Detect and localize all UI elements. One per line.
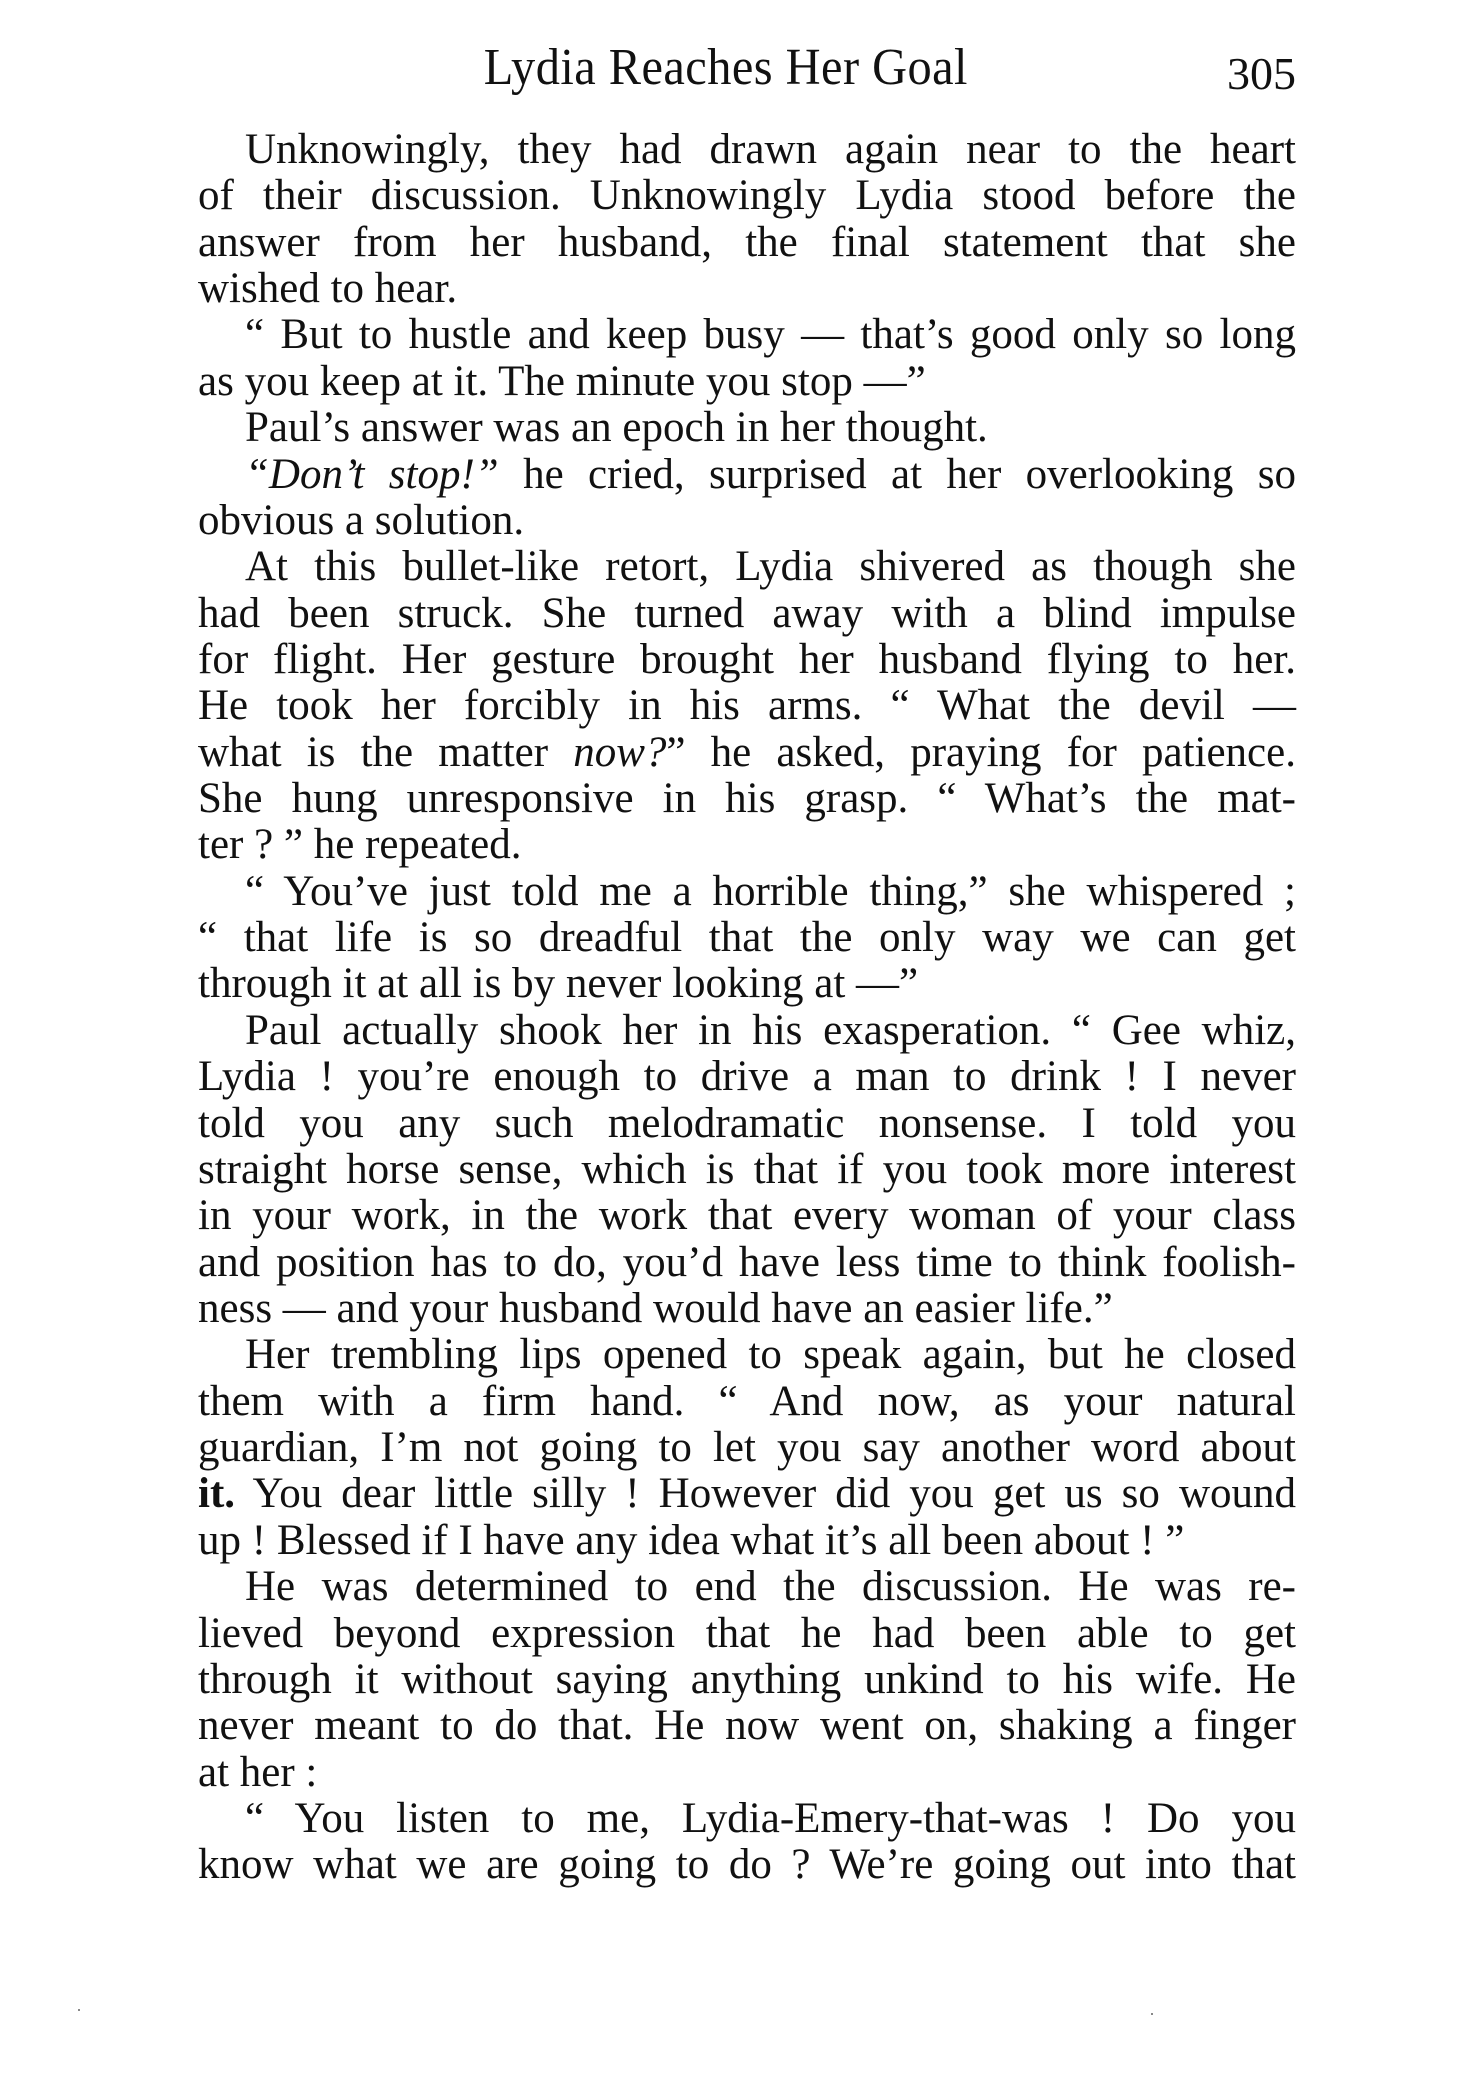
text-segment: “ You’ve just told me a horrible thing,”… bbox=[245, 868, 1296, 915]
text-line: He was determined to end the discussion.… bbox=[198, 1564, 1296, 1610]
text-segment: he cried, surprised at her overlooking s… bbox=[499, 451, 1296, 498]
scan-speck bbox=[1151, 2013, 1153, 2015]
text-segment: straight horse sense, which is that if y… bbox=[198, 1146, 1296, 1193]
scan-speck bbox=[78, 2009, 80, 2011]
text-line: straight horse sense, which is that if y… bbox=[198, 1147, 1296, 1193]
text-line: Her trembling lips opened to speak again… bbox=[198, 1332, 1296, 1378]
text-line: up ! Blessed if I have any idea what it’… bbox=[198, 1518, 1296, 1564]
text-line: obvious a solution. bbox=[198, 498, 1296, 544]
text-segment: ” he asked, praying for patience. bbox=[666, 729, 1296, 776]
text-segment: at her : bbox=[198, 1749, 317, 1796]
text-segment: told you any such melodramatic nonsense.… bbox=[198, 1100, 1296, 1147]
text-line: Paul actually shook her in his exasperat… bbox=[198, 1008, 1296, 1054]
running-title: Lydia Reaches Her Goal bbox=[458, 36, 994, 100]
text-segment: as you keep at it. The minute you stop —… bbox=[198, 358, 926, 405]
text-line: in your work, in the work that every wom… bbox=[198, 1193, 1296, 1239]
text-line: as you keep at it. The minute you stop —… bbox=[198, 359, 1296, 405]
text-segment: never meant to do that. He now went on, … bbox=[198, 1702, 1296, 1749]
text-line: “ But to hustle and keep busy — that’s g… bbox=[198, 312, 1296, 358]
text-line: At this bullet-like retort, Lydia shiver… bbox=[198, 544, 1296, 590]
italic-text: “Don’t stop!” bbox=[245, 451, 499, 498]
text-segment: them with a firm hand. “ And now, as you… bbox=[198, 1378, 1296, 1425]
text-segment: ness — and your husband would have an ea… bbox=[198, 1285, 1113, 1332]
body-text: Unknowingly, they had drawn again near t… bbox=[198, 127, 1296, 1889]
text-line: them with a firm hand. “ And now, as you… bbox=[198, 1379, 1296, 1425]
text-segment: wished to hear. bbox=[198, 265, 457, 312]
text-segment: She hung unresponsive in his grasp. “ Wh… bbox=[198, 775, 1296, 822]
text-line: Unknowingly, they had drawn again near t… bbox=[198, 127, 1296, 173]
text-line: for flight. Her gesture brought her husb… bbox=[198, 637, 1296, 683]
text-line: ter ? ” he repeated. bbox=[198, 822, 1296, 868]
text-segment: through it without saying anything unkin… bbox=[198, 1656, 1296, 1703]
text-line: ness — and your husband would have an ea… bbox=[198, 1286, 1296, 1332]
text-segment: answer from her husband, the final state… bbox=[198, 219, 1296, 266]
text-segment: up ! Blessed if I have any idea what it’… bbox=[198, 1517, 1184, 1564]
text-segment: of their discussion. Unknowingly Lydia s… bbox=[198, 172, 1296, 219]
text-segment: “ But to hustle and keep busy — that’s g… bbox=[245, 311, 1296, 358]
text-segment: know what we are going to do ? We’re goi… bbox=[198, 1841, 1296, 1888]
text-segment: and position has to do, you’d have less … bbox=[198, 1239, 1296, 1286]
text-line: of their discussion. Unknowingly Lydia s… bbox=[198, 173, 1296, 219]
text-segment: through it at all is by never looking at… bbox=[198, 960, 918, 1007]
text-line: and position has to do, you’d have less … bbox=[198, 1240, 1296, 1286]
text-line: lieved beyond expression that he had bee… bbox=[198, 1611, 1296, 1657]
italic-text: now? bbox=[573, 729, 666, 776]
book-page: Lydia Reaches Her Goal 305 Unknowingly, … bbox=[0, 0, 1472, 2085]
text-line: through it without saying anything unkin… bbox=[198, 1657, 1296, 1703]
running-head: Lydia Reaches Her Goal 305 bbox=[198, 36, 1296, 100]
text-line: “Don’t stop!” he cried, surprised at her… bbox=[198, 452, 1296, 498]
text-line: told you any such melodramatic nonsense.… bbox=[198, 1101, 1296, 1147]
text-line: guardian, I’m not going to let you say a… bbox=[198, 1425, 1296, 1471]
text-segment: Unknowingly, they had drawn again near t… bbox=[245, 126, 1296, 173]
text-segment: had been struck. She turned away with a … bbox=[198, 590, 1296, 637]
text-line: at her : bbox=[198, 1750, 1296, 1796]
text-line: She hung unresponsive in his grasp. “ Wh… bbox=[198, 776, 1296, 822]
text-segment: You dear little silly ! However did you … bbox=[235, 1470, 1296, 1517]
text-line: Lydia ! you’re enough to drive a man to … bbox=[198, 1054, 1296, 1100]
text-line: “ You’ve just told me a horrible thing,”… bbox=[198, 869, 1296, 915]
text-segment: He took her forcibly in his arms. “ What… bbox=[198, 682, 1296, 729]
text-segment: “ that life is so dreadful that the only… bbox=[198, 914, 1296, 961]
text-segment: what is the matter bbox=[198, 729, 573, 776]
text-segment: Paul actually shook her in his exasperat… bbox=[245, 1007, 1296, 1054]
text-line: “ that life is so dreadful that the only… bbox=[198, 915, 1296, 961]
text-segment: Her trembling lips opened to speak again… bbox=[245, 1331, 1296, 1378]
text-line: “ You listen to me, Lydia-Emery-that-was… bbox=[198, 1796, 1296, 1842]
text-segment: obvious a solution. bbox=[198, 497, 524, 544]
text-line: wished to hear. bbox=[198, 266, 1296, 312]
text-segment: it. bbox=[198, 1470, 235, 1517]
text-segment: lieved beyond expression that he had bee… bbox=[198, 1610, 1296, 1657]
text-segment: He was determined to end the discussion.… bbox=[245, 1563, 1296, 1610]
text-segment: Paul’s answer was an epoch in her though… bbox=[245, 404, 988, 451]
text-line: answer from her husband, the final state… bbox=[198, 220, 1296, 266]
text-line: know what we are going to do ? We’re goi… bbox=[198, 1842, 1296, 1888]
text-line: through it at all is by never looking at… bbox=[198, 961, 1296, 1007]
text-line: never meant to do that. He now went on, … bbox=[198, 1703, 1296, 1749]
page-number: 305 bbox=[1227, 42, 1296, 106]
text-segment: in your work, in the work that every wom… bbox=[198, 1192, 1296, 1239]
text-segment: ter ? ” he repeated. bbox=[198, 821, 521, 868]
text-line: had been struck. She turned away with a … bbox=[198, 591, 1296, 637]
text-line: it. You dear little silly ! However did … bbox=[198, 1471, 1296, 1517]
text-segment: for flight. Her gesture brought her husb… bbox=[198, 636, 1296, 683]
text-line: Paul’s answer was an epoch in her though… bbox=[198, 405, 1296, 451]
text-segment: Lydia ! you’re enough to drive a man to … bbox=[198, 1053, 1296, 1100]
text-segment: At this bullet-like retort, Lydia shiver… bbox=[245, 543, 1296, 590]
text-line: what is the matter now?” he asked, prayi… bbox=[198, 730, 1296, 776]
text-segment: guardian, I’m not going to let you say a… bbox=[198, 1424, 1296, 1471]
text-segment: “ You listen to me, Lydia-Emery-that-was… bbox=[245, 1795, 1296, 1842]
text-line: He took her forcibly in his arms. “ What… bbox=[198, 683, 1296, 729]
